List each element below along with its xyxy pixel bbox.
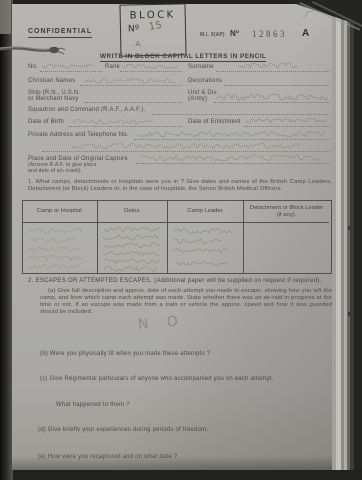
field-label-enlistment: Date of Enlistment: [188, 119, 241, 126]
field-label-unit-2: (Army): [188, 96, 207, 103]
field-note-capture-2: and date of a/c crash).: [28, 169, 82, 175]
question-1-text: 1. What camps, detachments or hospitals …: [28, 179, 332, 193]
paper-shading: [12, 456, 352, 470]
table-header-dates: Dates.: [98, 201, 168, 223]
field-label-no: No.: [28, 64, 38, 71]
field-label-rank: Rank: [105, 64, 120, 71]
block-number-box: BLOCK Nº 15 A.: [119, 3, 186, 56]
serial-number-stamp: 12863: [252, 30, 287, 40]
classification-label: CONFIDENTIAL: [28, 28, 92, 38]
handwriting-address-2: [72, 141, 302, 151]
table-cell-dates: [98, 223, 168, 273]
field-rule: [120, 70, 182, 72]
scan-edge-corner: [0, 0, 11, 34]
handwriting-leader-entry: [173, 237, 221, 245]
camps-table: Camp or Hospital. Dates. Camp Leader. De…: [22, 200, 332, 274]
field-rule: [224, 84, 330, 86]
table-cell-detachment: [244, 223, 329, 273]
block-box-number-handwritten: 15: [148, 20, 163, 33]
edge-mark: [348, 312, 351, 316]
table-cell-leader: [168, 223, 244, 273]
handwriting-leader-entry: [173, 247, 231, 255]
handwriting-camp-entry: [28, 227, 84, 235]
field-label-surname: Surname: [188, 64, 214, 71]
field-label-address: Private Address and Telephone No.: [28, 132, 129, 139]
scanned-document: CONFIDENTIAL BLOCK Nº 15 A. M.I. 9(AP) N…: [0, 0, 362, 480]
question-2-heading: 2. ESCAPES OR ATTEMPTED ESCAPES. (Additi…: [28, 278, 322, 285]
handwriting-camp-entry: [28, 236, 78, 244]
question-2d-text: (d) Give briefly your experiences during…: [38, 427, 208, 434]
field-rule: [84, 101, 182, 103]
office-reference: M.I. 9(AP): [200, 33, 225, 39]
question-2b-text: (b) Were you physically fit when you mad…: [40, 351, 210, 358]
handwriting-dates-entry: [104, 225, 160, 233]
copy-letter: A: [302, 28, 309, 39]
field-label-ship-2: or Merchant Navy: [28, 96, 79, 103]
handwriting-dob: [72, 117, 152, 126]
handwriting-surname: [238, 61, 298, 70]
block-box-title: BLOCK: [130, 10, 176, 22]
handwriting-dates-entry: [104, 257, 160, 265]
field-rule: [244, 125, 330, 127]
block-box-sub-letter-handwritten: A.: [135, 41, 142, 49]
handwriting-leader-entry: [173, 227, 235, 235]
handwriting-address-1: [138, 129, 326, 139]
tag-string: [0, 38, 72, 64]
field-rule: [152, 113, 330, 115]
table-header-leader: Camp Leader.: [168, 201, 244, 223]
handwriting-christian-names: [84, 76, 176, 85]
handwriting-leader-entry: [176, 259, 228, 267]
handwriting-dates-entry: [104, 241, 160, 249]
field-label-dob: Date of Birth: [28, 119, 64, 126]
handwriting-enlistment: [246, 116, 328, 125]
form-page: CONFIDENTIAL BLOCK Nº 15 A. M.I. 9(AP) N…: [12, 4, 352, 470]
question-2c2-text: What happened to them ?: [56, 402, 130, 409]
edge-mark: [348, 226, 351, 230]
handwriting-camp-entry: [27, 263, 79, 271]
handwriting-dates-entry: [103, 249, 161, 257]
handwriting-rank: [122, 62, 178, 70]
table-cell-camp: [23, 223, 98, 273]
handwriting-camp-entry: [28, 245, 82, 253]
block-box-no-label: Nº: [128, 25, 140, 35]
handwriting-dates-entry: [104, 265, 158, 273]
question-2a-text: (a) Give full description and approx. da…: [40, 288, 332, 316]
field-rule: [216, 70, 330, 72]
handwriting-dates-entry: [103, 233, 161, 241]
serial-no-label: Nº: [230, 30, 239, 39]
field-rule: [40, 70, 102, 72]
question-2c-text: (c) Give Regimental particulars of anyon…: [40, 376, 274, 383]
table-header-camp: Camp or Hospital.: [23, 201, 98, 223]
field-label-christian-names: Christian Names: [28, 78, 75, 85]
handwriting-unit: [216, 92, 328, 102]
table-header-detachment: Detachment or Block Leader (if any).: [244, 201, 329, 223]
handwriting-capture: [140, 153, 320, 163]
field-label-decorations: Decorations: [188, 78, 222, 85]
handwritten-answer-2a: N O: [137, 314, 185, 333]
handwriting-camp-entry: [27, 254, 85, 262]
field-label-squadron: Squadron and Command (R.A.F., A.A.F.).: [28, 107, 145, 114]
scan-edge-right: [354, 4, 362, 470]
